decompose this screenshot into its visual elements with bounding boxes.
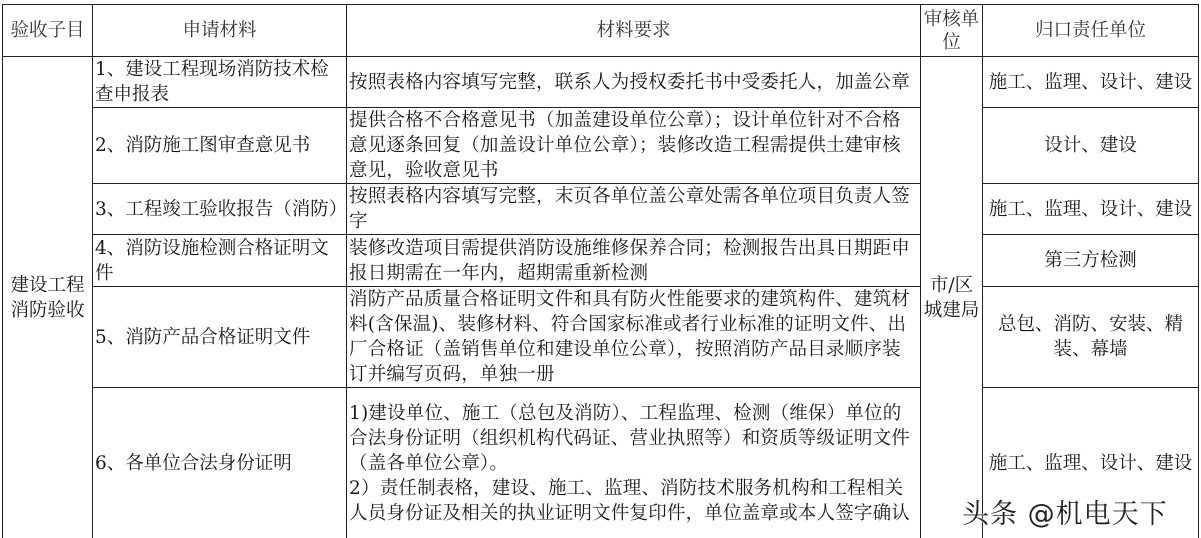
material-cell: 4、消防设施检测合格证明文件 [93,235,347,287]
material-cell: 2、消防施工图审查意见书 [93,108,347,184]
table-row: 建设工程消防验收 1、建设工程现场消防技术检查申报表 按照表格内容填写完整，联系… [3,57,1199,108]
responsible-cell: 设计、建设 [983,108,1199,184]
requirement-cell: 1)建设单位、施工（总包及消防）、工程监理、检测（维保）单位的合法身份证明（组织… [347,388,921,538]
material-cell: 6、各单位合法身份证明 [93,388,347,538]
reviewer-cell: 市/区城建局 [921,57,983,538]
requirement-cell: 提供合格不合格意见书（加盖建设单位公章）；设计单位针对不合格意见逐条回复（加盖设… [347,108,921,184]
material-cell: 5、消防产品合格证明文件 [93,287,347,388]
category-cell: 建设工程消防验收 [3,57,93,538]
requirement-cell: 消防产品质量合格证明文件和具有防火性能要求的建筑构件、建筑材料(含保温)、装修材… [347,287,921,388]
requirement-cell: 装修改造项目需提供消防设施维修保养合同；检测报告出具日期距申报日期需在一年内，超… [347,235,921,287]
header-responsible: 归口责任单位 [983,5,1199,57]
requirement-line: 2）责任制表格，建设、施工、监理、消防技术服务机构和工程相关人员身份证及相关的执… [349,476,918,526]
material-cell: 1、建设工程现场消防技术检查申报表 [93,57,347,108]
table-row: 4、消防设施检测合格证明文件 装修改造项目需提供消防设施维修保养合同；检测报告出… [3,235,1199,287]
responsible-cell: 总包、消防、安装、精装、幕墙 [983,287,1199,388]
header-requirement: 材料要求 [347,5,921,57]
table-row: 5、消防产品合格证明文件 消防产品质量合格证明文件和具有防火性能要求的建筑构件、… [3,287,1199,388]
watermark: 头条 @机电天下 [962,492,1168,531]
header-category: 验收子目 [3,5,93,57]
header-reviewer: 审核单位 [921,5,983,57]
requirement-cell: 按照表格内容填写完整，末页各单位盖公章处需各单位项目负责人签字 [347,184,921,235]
header-material: 申请材料 [93,5,347,57]
responsible-cell: 第三方检测 [983,235,1199,287]
table-row: 2、消防施工图审查意见书 提供合格不合格意见书（加盖建设单位公章）；设计单位针对… [3,108,1199,184]
responsible-cell: 施工、监理、设计、建设 [983,184,1199,235]
responsible-cell: 施工、监理、设计、建设 [983,57,1199,108]
requirement-cell: 按照表格内容填写完整，联系人为授权委托书中受委托人，加盖公章 [347,57,921,108]
table-row: 3、工程竣工验收报告（消防） 按照表格内容填写完整，末页各单位盖公章处需各单位项… [3,184,1199,235]
acceptance-materials-table: 验收子目 申请材料 材料要求 审核单位 归口责任单位 建设工程消防验收 1、建设… [2,4,1199,538]
header-row: 验收子目 申请材料 材料要求 审核单位 归口责任单位 [3,5,1199,57]
requirement-line: 1)建设单位、施工（总包及消防）、工程监理、检测（维保）单位的合法身份证明（组织… [349,401,918,476]
material-cell: 3、工程竣工验收报告（消防） [93,184,347,235]
